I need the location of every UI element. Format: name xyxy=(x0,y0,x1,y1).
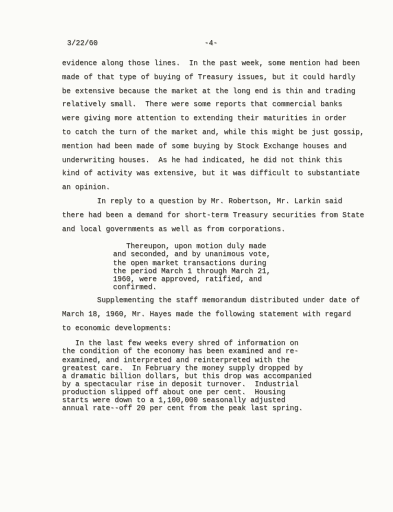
text-line: starts were down to a 1,100,000 seasonal… xyxy=(62,397,360,405)
text-line: relatively small. There were some report… xyxy=(62,99,360,113)
text-line: to catch the turn of the market and, whi… xyxy=(62,127,360,141)
text-line: kind of activity was extensive, but it w… xyxy=(62,168,360,182)
text-line: In reply to a question by Mr. Robertson,… xyxy=(62,196,360,210)
text-line: underwriting houses. As he had indicated… xyxy=(62,155,360,169)
text-line: evidence along those lines. In the past … xyxy=(62,58,360,72)
text-line: were giving more attention to extending … xyxy=(62,113,360,127)
text-line: mention had been made of some buying by … xyxy=(62,141,360,155)
paragraph-hayes-intro: Supplementing the staff memorandum distr… xyxy=(62,295,360,336)
text-line: to economic developments: xyxy=(62,323,360,337)
typewritten-content: 3/22/60 -4- evidence along those lines. … xyxy=(62,40,360,413)
text-line: by a spectacular rise in deposit turnove… xyxy=(62,381,360,389)
text-line: a dramatic billion dollars, but this dro… xyxy=(62,373,360,381)
text-line: the condition of the economy has been ex… xyxy=(62,348,360,356)
text-line: March 18, 1960, Mr. Hayes made the follo… xyxy=(62,309,360,323)
hayes-statement-block: In the last few weeks every shred of inf… xyxy=(62,340,360,413)
text-line: annual rate--off 20 per cent from the pe… xyxy=(62,405,360,413)
text-line: an opinion. xyxy=(62,182,360,196)
paragraph-larkin-reply: In reply to a question by Mr. Robertson,… xyxy=(62,196,360,237)
motion-approval-note: Thereupon, upon motion duly madeand seco… xyxy=(113,243,360,292)
page-header: 3/22/60 -4- xyxy=(62,40,360,50)
text-line: examined, and interpreted and reinterpre… xyxy=(62,357,360,365)
text-line: confirmed. xyxy=(113,284,360,292)
text-line: made of that type of buying of Treasury … xyxy=(62,72,360,86)
paragraph-market-evidence: evidence along those lines. In the past … xyxy=(62,58,360,196)
text-line: Supplementing the staff memorandum distr… xyxy=(62,295,360,309)
text-line: production slipped off about one per cen… xyxy=(62,389,360,397)
text-line: and seconded, and by unanimous vote, xyxy=(113,251,360,259)
document-page: 3/22/60 -4- evidence along those lines. … xyxy=(0,0,393,512)
text-line: the period March 1 through March 21, xyxy=(113,268,360,276)
text-line: the open market transactions during xyxy=(113,260,360,268)
text-line: be extensive because the market at the l… xyxy=(62,86,360,100)
text-line: greatest care. In February the money sup… xyxy=(62,365,360,373)
page-number: -4- xyxy=(62,40,360,48)
text-line: there had been a demand for short-term T… xyxy=(62,210,360,224)
text-line: 1960, were approved, ratified, and xyxy=(113,276,360,284)
text-line: and local governments as well as from co… xyxy=(62,224,360,238)
